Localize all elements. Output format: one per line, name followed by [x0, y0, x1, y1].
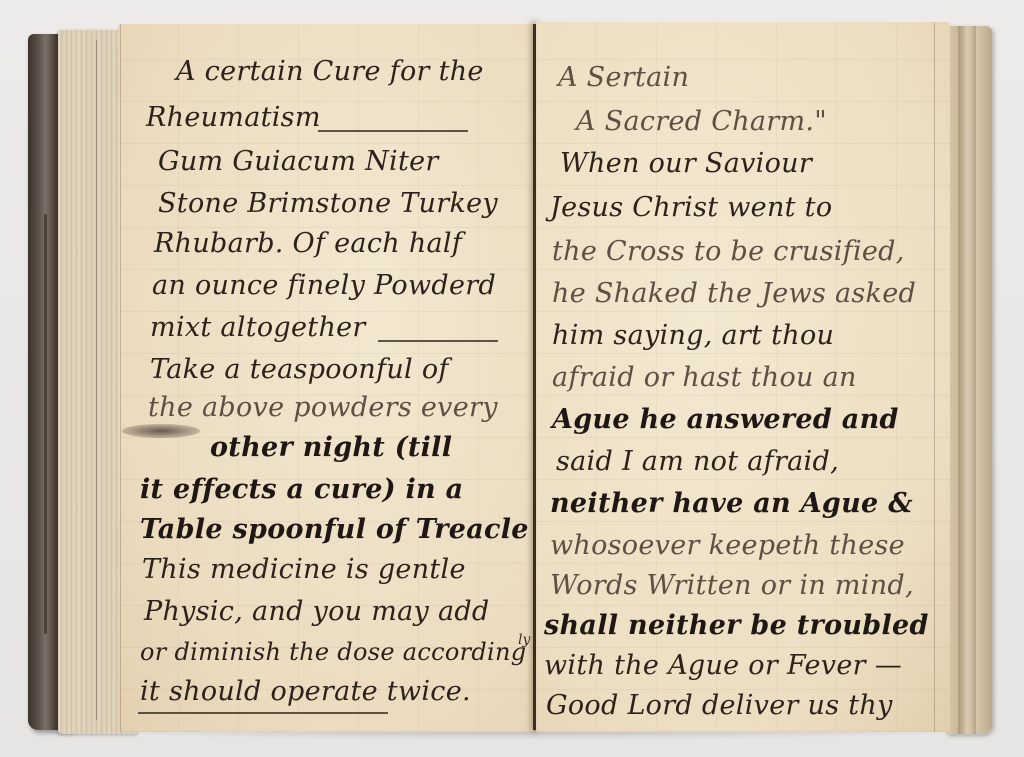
charm-line: said I am not afraid,	[556, 446, 839, 477]
recipe-line: mixt altogether	[150, 312, 366, 343]
charm-last-line: Good Lord deliver us thy	[546, 690, 893, 721]
right-page-margin-rule	[934, 22, 935, 732]
insertion-mark: ly	[518, 632, 530, 648]
recipe-line: or diminish the dose according	[140, 638, 526, 666]
recipe-title-line-1: A certain Cure for the	[176, 56, 484, 87]
recipe-title-line-2: Rheumatism	[146, 102, 321, 133]
charm-line: neither have an Ague &	[550, 488, 913, 519]
charm-line: Words Written or in mind,	[550, 570, 914, 601]
left-page: A certain Cure for the Rheumatism Gum Gu…	[118, 24, 534, 732]
charm-line: When our Saviour	[560, 148, 812, 179]
charm-line: the Cross to be crusified,	[552, 236, 905, 267]
recipe-line: This medicine is gentle	[142, 554, 466, 585]
right-page: A Sertain A Sacred Charm." When our Savi…	[536, 22, 950, 732]
right-page-edges	[946, 26, 992, 734]
recipe-line: Physic, and you may add	[144, 596, 490, 627]
charm-line: he Shaked the Jews asked	[552, 278, 916, 309]
recipe-last-line: it should operate twice.	[140, 676, 471, 707]
charm-line: Ague he answered and	[552, 404, 899, 435]
charm-line: with the Ague or Fever —	[544, 650, 902, 681]
recipe-line: other night (till	[210, 432, 452, 463]
recipe-line: Table spoonful of Treacle	[140, 514, 529, 545]
title-rule	[318, 130, 468, 132]
charm-title: A Sacred Charm."	[576, 106, 827, 137]
photo-scene: A certain Cure for the Rheumatism Gum Gu…	[0, 0, 1024, 757]
recipe-line: the above powders every	[148, 392, 498, 423]
recipe-line: Stone Brimstone Turkey	[158, 188, 498, 219]
left-page-margin-rule	[120, 24, 121, 732]
recipe-line: Rhubarb. Of each half	[154, 228, 462, 259]
section-rule	[378, 340, 498, 342]
charm-line: whosoever keepeth these	[550, 530, 905, 561]
ink-smudge	[122, 424, 200, 438]
left-edge-rule	[96, 40, 97, 720]
charm-crossed-heading: A Sertain	[558, 62, 689, 93]
recipe-line: Gum Guiacum Niter	[158, 146, 439, 177]
charm-line: him saying, art thou	[552, 320, 834, 351]
final-line-underline	[138, 712, 388, 714]
charm-line: shall neither be troubled	[544, 610, 929, 641]
recipe-line: Take a teaspoonful of	[150, 354, 449, 385]
charm-line: afraid or hast thou an	[552, 362, 857, 393]
recipe-line: it effects a cure) in a	[140, 474, 463, 505]
recipe-line: an ounce finely Powderd	[152, 270, 496, 301]
charm-line: Jesus Christ went to	[550, 192, 832, 223]
